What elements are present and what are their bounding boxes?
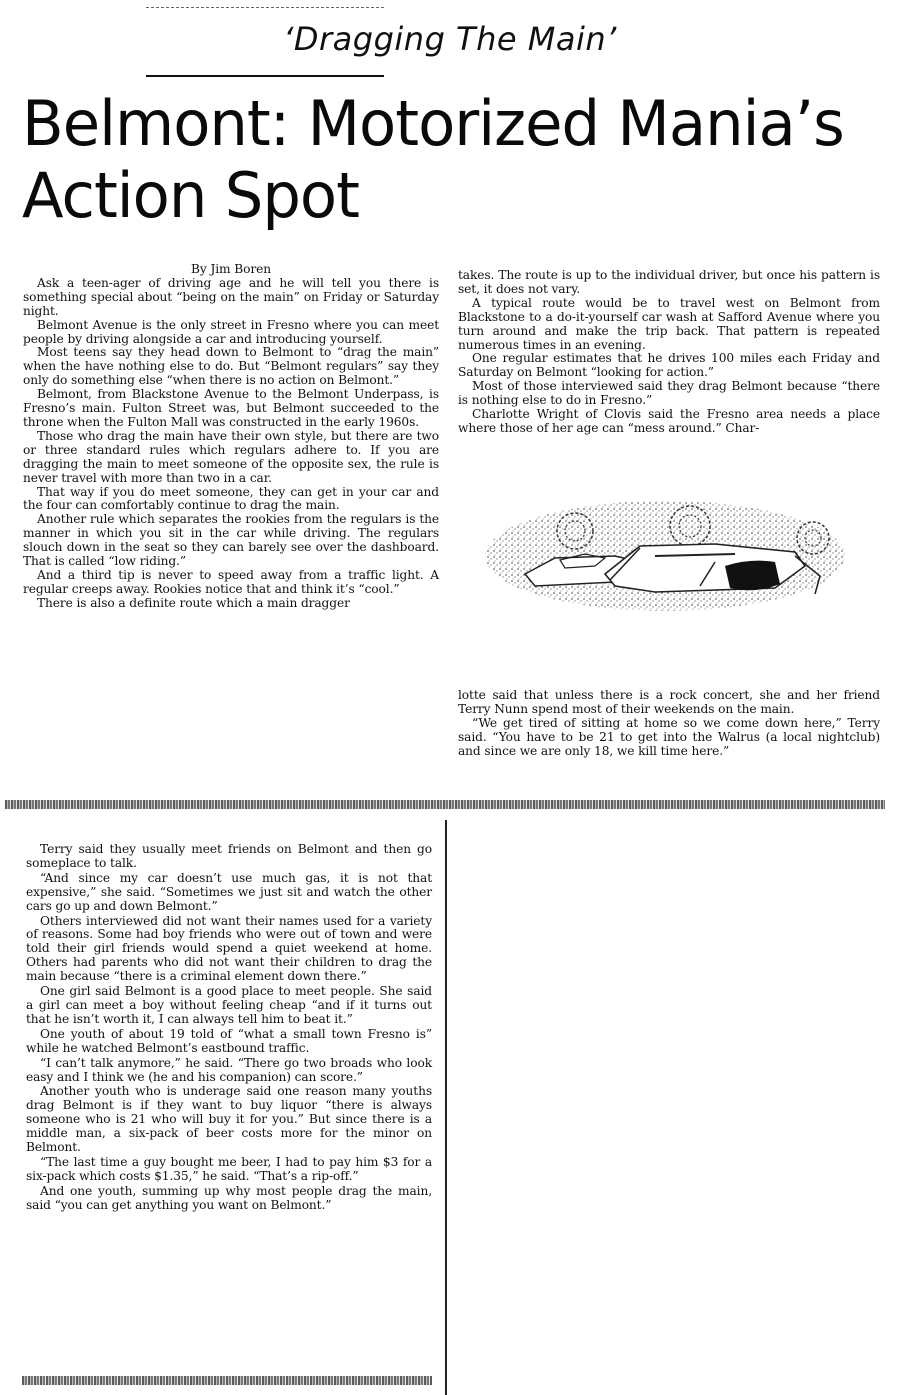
paragraph: Most teens say they head down to Belmont…	[23, 346, 439, 388]
paragraph: A typical route would be to travel west …	[458, 297, 880, 353]
paragraph: Charlotte Wright of Clovis said the Fres…	[458, 408, 880, 436]
paragraph: Others interviewed did not want their na…	[26, 915, 432, 985]
section-kicker: ‘Dragging The Main’	[0, 20, 900, 58]
article-continuation-column: Terry said they usually meet friends on …	[26, 843, 432, 1214]
paragraph: lotte said that unless there is a rock c…	[458, 689, 880, 717]
article-column-2-top: takes. The route is up to the individual…	[458, 269, 880, 436]
paragraph: Another rule which separates the rookies…	[23, 513, 439, 569]
paragraph: “The last time a guy bought me beer, I h…	[26, 1156, 432, 1184]
paragraph: “And since my car doesn’t use much gas, …	[26, 872, 432, 914]
paragraph: Ask a teen-ager of driving age and he wi…	[23, 277, 439, 319]
cars-illustration	[475, 496, 855, 614]
paragraph: “I can’t talk anymore,” he said. “There …	[26, 1057, 432, 1085]
paragraph: And one youth, summing up why most peopl…	[26, 1185, 432, 1213]
section-separator	[5, 800, 885, 809]
kicker-rule-top	[146, 7, 384, 8]
paragraph: And a third tip is never to speed away f…	[23, 569, 439, 597]
paragraph: takes. The route is up to the individual…	[458, 269, 880, 297]
paragraph: One girl said Belmont is a good place to…	[26, 985, 432, 1027]
paragraph: “We get tired of sitting at home so we c…	[458, 717, 880, 759]
article-column-2-bottom: lotte said that unless there is a rock c…	[458, 689, 880, 759]
paragraph: One regular estimates that he drives 100…	[458, 352, 880, 380]
paragraph: Another youth who is underage said one r…	[26, 1085, 432, 1155]
paragraph: One youth of about 19 told of “what a sm…	[26, 1028, 432, 1056]
kicker-rule-bottom	[146, 75, 384, 77]
column-rule	[445, 820, 447, 1395]
headline-line-1: Belmont: Motorized Mania’s	[22, 88, 884, 160]
headline: Belmont: Motorized Mania’s Action Spot	[22, 88, 884, 232]
byline: By Jim Boren	[23, 263, 439, 277]
paragraph: Most of those interviewed said they drag…	[458, 380, 880, 408]
headline-line-2: Action Spot	[22, 160, 884, 232]
paragraph: Belmont, from Blackstone Avenue to the B…	[23, 388, 439, 430]
bottom-separator	[22, 1376, 432, 1385]
paragraph: There is also a definite route which a m…	[23, 597, 439, 611]
paragraph: Those who drag the main have their own s…	[23, 430, 439, 486]
paragraph: Terry said they usually meet friends on …	[26, 843, 432, 871]
paragraph: That way if you do meet someone, they ca…	[23, 486, 439, 514]
article-column-1: By Jim Boren Ask a teen-ager of driving …	[23, 263, 439, 611]
paragraph: Belmont Avenue is the only street in Fre…	[23, 319, 439, 347]
